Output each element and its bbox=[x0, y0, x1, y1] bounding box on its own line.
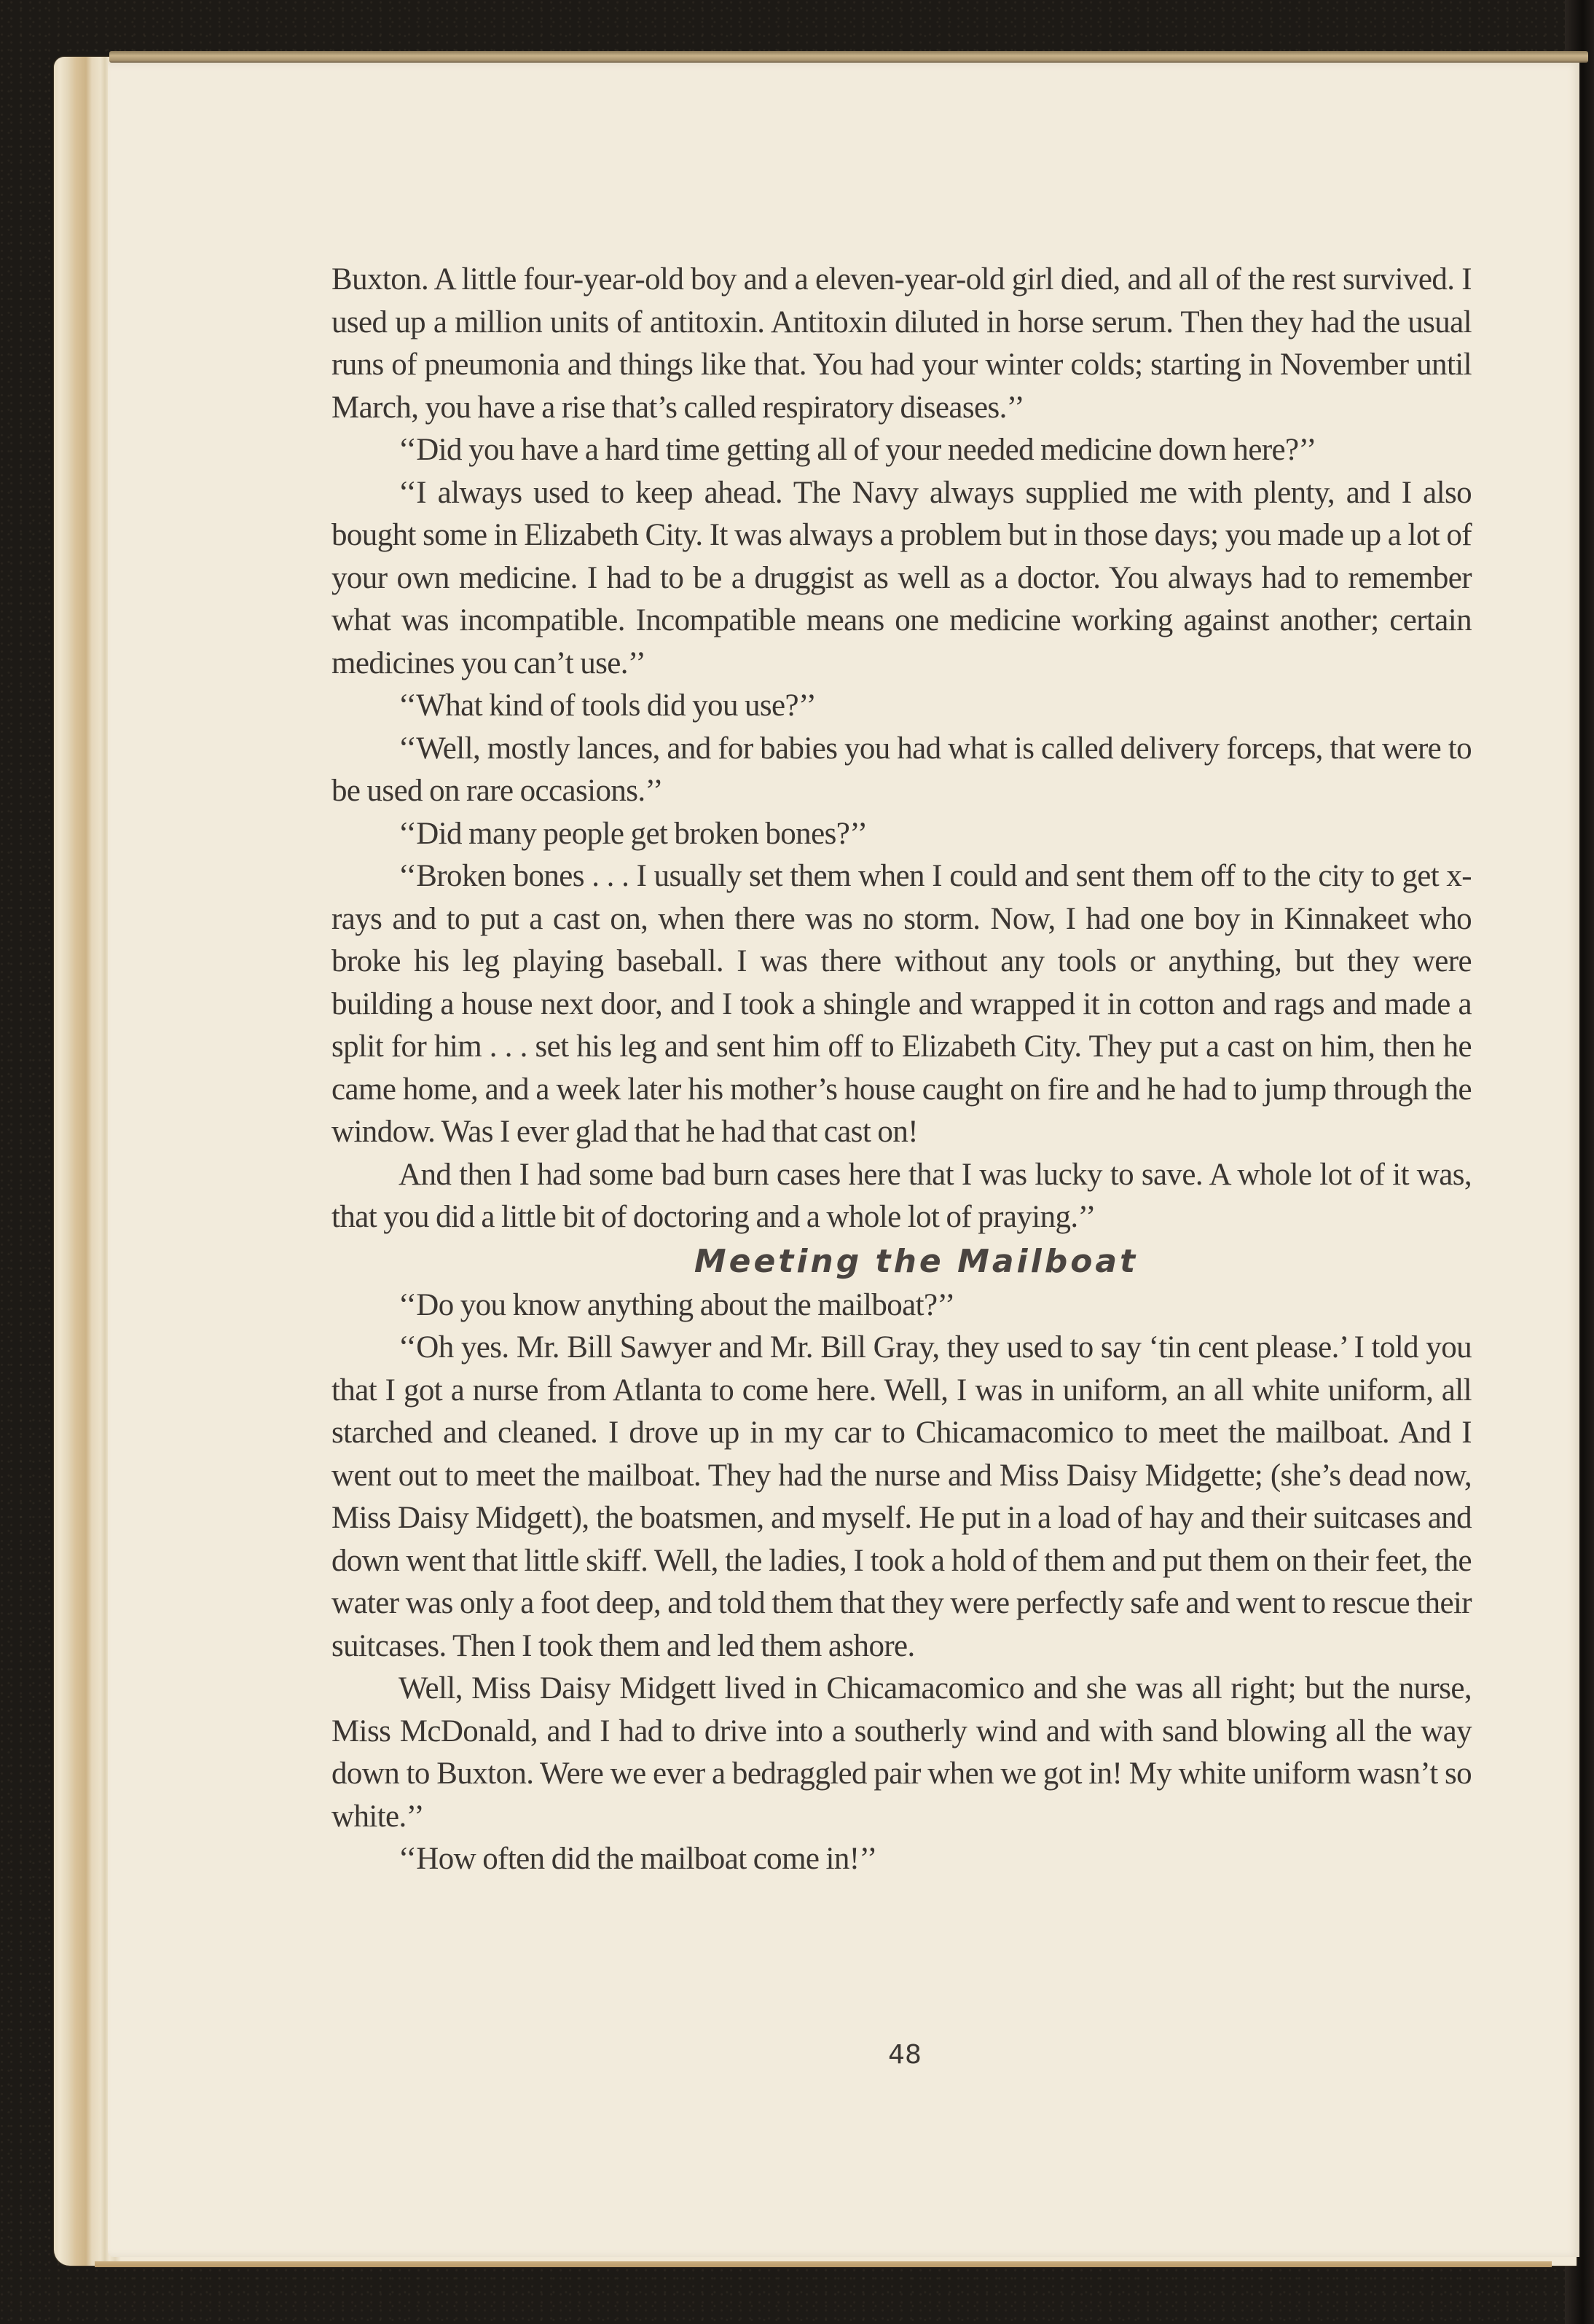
paragraph: ‘‘I always used to keep ahead. The Navy … bbox=[331, 472, 1472, 686]
paragraph: Well, Miss Daisy Midgett lived in Chicam… bbox=[331, 1668, 1472, 1838]
paragraph: ‘‘Do you know anything about the mailboa… bbox=[331, 1284, 1472, 1327]
page-number: 48 bbox=[883, 2040, 927, 2070]
book-top-edge bbox=[109, 51, 1588, 63]
paragraph: ‘‘Did many people get broken bones?’’ bbox=[331, 813, 1472, 856]
section-heading: Meeting the Mailboat bbox=[331, 1239, 1472, 1284]
book-bottom-edge bbox=[95, 2261, 1552, 2267]
paragraph: ‘‘Well, mostly lances, and for babies yo… bbox=[331, 728, 1472, 813]
paragraph: And then I had some bad burn cases here … bbox=[331, 1154, 1472, 1239]
paragraph: ‘‘How often did the mailboat come in!’’ bbox=[331, 1838, 1472, 1881]
paragraph: ‘‘Broken bones . . . I usually set them … bbox=[331, 855, 1472, 1154]
paragraph: ‘‘Did you have a hard time getting all o… bbox=[331, 429, 1472, 472]
paragraph: ‘‘Oh yes. Mr. Bill Sawyer and Mr. Bill G… bbox=[331, 1327, 1472, 1668]
page-body-text: Buxton. A little four-year-old boy and a… bbox=[331, 259, 1472, 1881]
paragraph: Buxton. A little four-year-old boy and a… bbox=[331, 259, 1472, 429]
paragraph: ‘‘What kind of tools did you use?’’ bbox=[331, 685, 1472, 728]
